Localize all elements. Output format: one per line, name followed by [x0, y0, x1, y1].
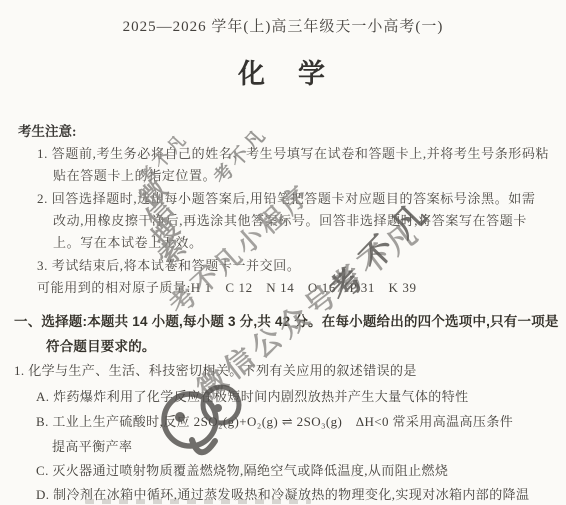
notice-line-2b: 改动,用橡皮擦干净后,再选涂其他答案标号。回答非选择题时,将答案写在答题卡	[53, 210, 527, 229]
exam-session-title: 2025—2026 学年(上)高三年级天一小高考(一)	[0, 15, 566, 36]
question-1-option-c: C. 灭火器通过喷射物质覆盖燃烧物,隔绝空气或降低温度,从而阻止燃烧	[36, 460, 448, 479]
notice-heading: 考生注意:	[18, 120, 77, 140]
atomic-mass-line: 可能用到的相对原子质量:H 1 C 12 N 14 O 16 P 31 K 39	[37, 277, 417, 296]
notice-line-2a: 2. 回答选择题时,选出每小题答案后,用铅笔把答题卡对应题目的答案标号涂黑。如需	[37, 188, 536, 207]
notice-line-1b: 贴在答题卡上的指定位置。	[53, 165, 216, 184]
question-1-option-b-line1: B. 工业上生产硫酸时,反应 2SO₂(g)+O₂(g) ⇌ 2SO₃(g) Δ…	[36, 411, 513, 430]
question-1-option-a: A. 炸药爆炸利用了化学反应在极短时间内剧烈放热并产生大量气体的特性	[36, 386, 469, 405]
section-one-heading-line2: 符合题目要求的。	[46, 335, 156, 355]
notice-line-3: 3. 考试结束后,将本试卷和答题卡一并交回。	[37, 255, 300, 274]
notice-line-2c: 上。写在本试卷上无效。	[53, 232, 203, 251]
clipped-next-line	[85, 499, 311, 504]
section-one-heading-line1: 一、选择题:本题共 14 小题,每小题 3 分,共 42 分。在每小题给出的四个…	[14, 310, 559, 330]
exam-paper-page: 2025—2026 学年(上)高三年级天一小高考(一) 化 学 考生注意: 1.…	[0, 0, 566, 505]
notice-line-1a: 1. 答题前,考生务必将自己的姓名、考生号填写在试卷和答题卡上,并将考生号条形码…	[37, 143, 549, 162]
question-1-stem: 1. 化学与生产、生活、科技密切相关。下列有关应用的叙述错误的是	[14, 360, 417, 379]
question-1-option-b-line2: 提高平衡产率	[52, 436, 132, 455]
subject-title: 化 学	[0, 52, 566, 91]
